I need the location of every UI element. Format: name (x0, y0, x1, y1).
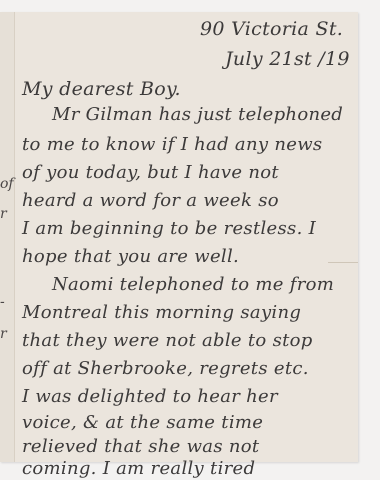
salutation: My dearest Boy. (22, 78, 181, 100)
letter-line: hope that you are well. (22, 246, 239, 267)
date: July 21st /19 (225, 48, 350, 70)
fold-crease (328, 262, 358, 263)
letter-line: Naomi telephoned to me from (52, 274, 334, 295)
margin-mark: - (0, 294, 5, 310)
address: 90 Victoria St. (200, 18, 343, 40)
margin-mark: r (0, 206, 7, 222)
letter-line: relieved that she was not (22, 436, 259, 457)
letter-line: coming. I am really tired (22, 458, 255, 479)
previous-page-edge (0, 12, 15, 462)
letter-line: to me to know if I had any news (22, 134, 322, 155)
letter-line: heard a word for a week so (22, 190, 279, 211)
letter-line: of you today, but I have not (22, 162, 279, 183)
letter-line: I was delighted to hear her (22, 386, 278, 407)
letter-line: I am beginning to be restless. I (22, 218, 316, 239)
letter-line: voice, & at the same time (22, 412, 263, 433)
margin-mark: of (0, 176, 14, 192)
letter-line: off at Sherbrooke, regrets etc. (22, 358, 309, 379)
letter-line: that they were not able to stop (22, 330, 313, 351)
margin-mark: r (0, 326, 7, 342)
letter-line: Mr Gilman has just telephoned (52, 104, 343, 125)
letter-line: Montreal this morning saying (22, 302, 301, 323)
